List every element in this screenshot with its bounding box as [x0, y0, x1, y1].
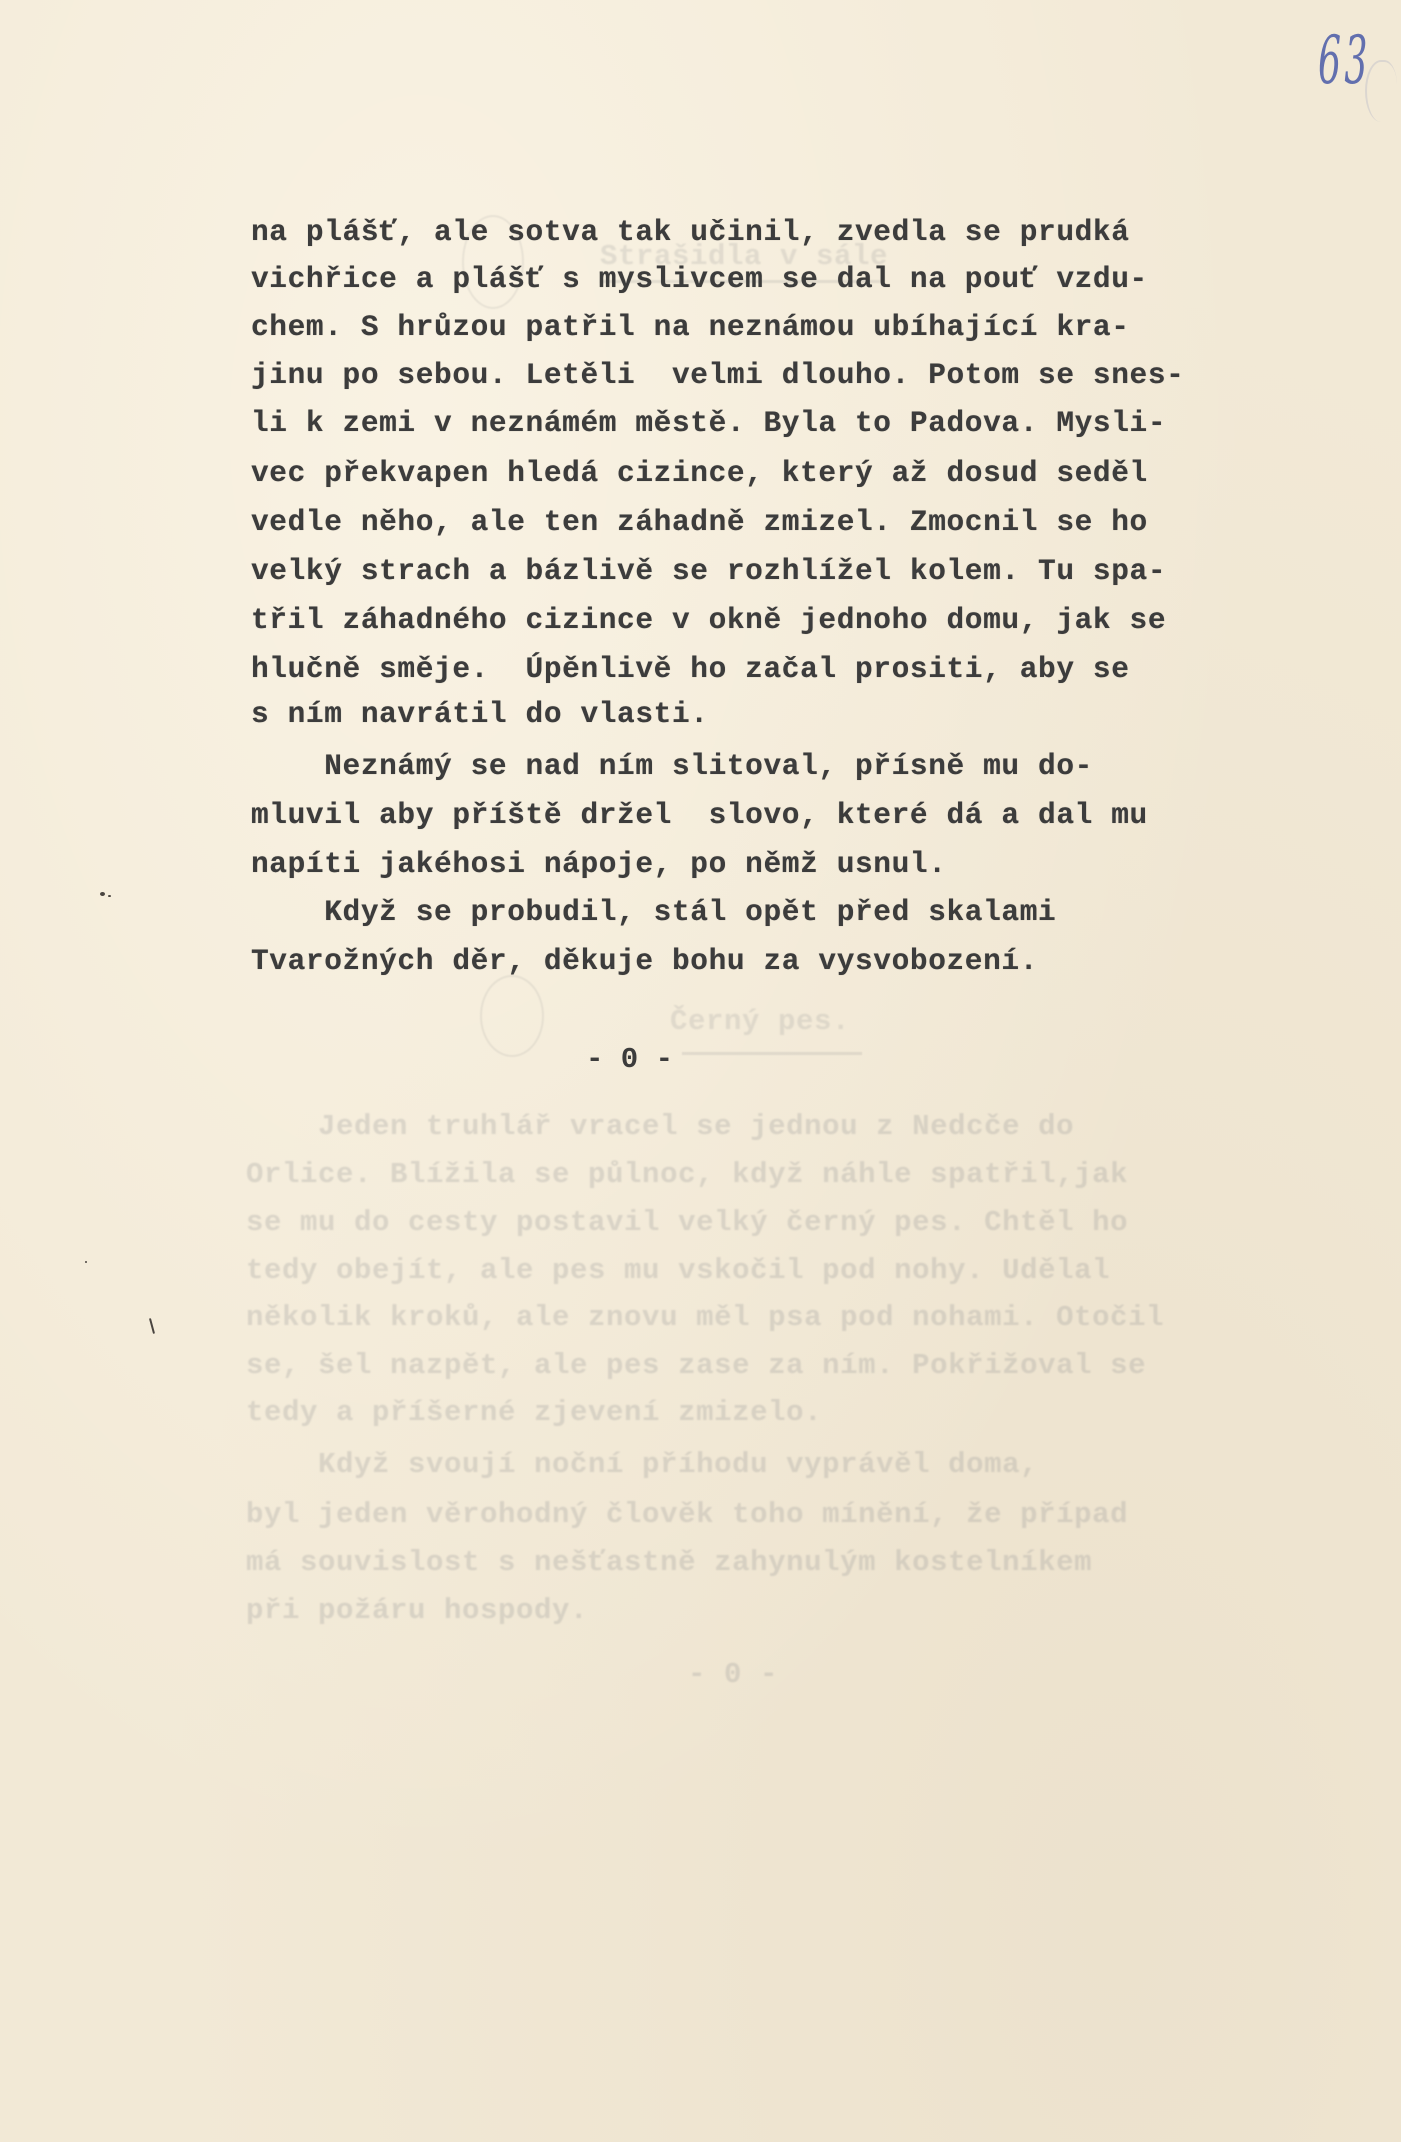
ghost-line: při požáru hospody.	[246, 1596, 588, 1625]
page-number-ghost-mark	[1365, 60, 1397, 122]
text-line: Tvarožných děr, děkuje bohu za vysvoboze…	[251, 947, 1038, 977]
text-line: vec překvapen hledá cizince, který až do…	[251, 459, 1148, 489]
ghost-line: má souvislost s nešťastně zahynulým kost…	[246, 1548, 1092, 1577]
text-line: li k zemi v neznámém městě. Byla to Pado…	[251, 409, 1166, 439]
ghost-line: tedy a příšerné zjevení zmizelo.	[246, 1398, 822, 1427]
ghost-line: Jeden truhlář vracel se jednou z Nedcče …	[246, 1112, 1074, 1141]
margin-speck	[100, 892, 105, 896]
text-line: s ním navrátil do vlasti.	[251, 700, 709, 730]
handwritten-page-number: 63	[1318, 22, 1371, 99]
text-line: hlučně směje. Úpěnlivě ho začal prositi,…	[251, 655, 1130, 685]
ghost-title-underline	[682, 1052, 862, 1055]
text-line: Když se probudil, stál opět před skalami	[251, 898, 1056, 928]
ghost-line: tedy obejít, ale pes mu vskočil pod nohy…	[246, 1256, 1110, 1285]
text-line: třil záhadného cizince v okně jednoho do…	[251, 606, 1166, 636]
ghost-end-mark: - 0 -	[688, 1660, 778, 1689]
text-line: mluvil aby příště držel slovo, které dá …	[251, 801, 1148, 831]
text-line: velký strach a bázlivě se rozhlížel kole…	[251, 557, 1166, 587]
ghost-title: Černý pes.	[670, 1005, 850, 1038]
ghost-line: se mu do cesty postavil velký černý pes.…	[246, 1208, 1128, 1237]
text-line: na plášť, ale sotva tak učinil, zvedla s…	[251, 218, 1130, 248]
ghost-line: několik kroků, ale znovu měl psa pod noh…	[246, 1303, 1164, 1332]
ghost-line: byl jeden věrohodný člověk toho mínění, …	[246, 1500, 1128, 1529]
text-line: Neznámý se nad ním slitoval, přísně mu d…	[251, 752, 1093, 782]
text-line: jinu po sebou. Letěli velmi dlouho. Poto…	[251, 361, 1184, 391]
ghost-stamp-mid	[480, 975, 544, 1057]
text-line: vedle něho, ale ten záhadně zmizel. Zmoc…	[251, 508, 1148, 538]
ghost-line: Orlice. Blížila se půlnoc, když náhle sp…	[246, 1160, 1128, 1189]
ghost-line: Když svoují noční příhodu vyprávěl doma,	[246, 1450, 1038, 1479]
end-mark: - 0 -	[586, 1043, 673, 1076]
text-line: vichřice a plášť s myslivcem se dal na p…	[251, 265, 1148, 295]
text-line: chem. S hrůzou patřil na neznámou ubíhaj…	[251, 313, 1130, 343]
ghost-line: se, šel nazpět, ale pes zase za ním. Pok…	[246, 1351, 1146, 1380]
margin-speck	[85, 1261, 87, 1263]
margin-speck	[108, 895, 111, 897]
text-line: napíti jakéhosi nápoje, po němž usnul.	[251, 850, 947, 880]
